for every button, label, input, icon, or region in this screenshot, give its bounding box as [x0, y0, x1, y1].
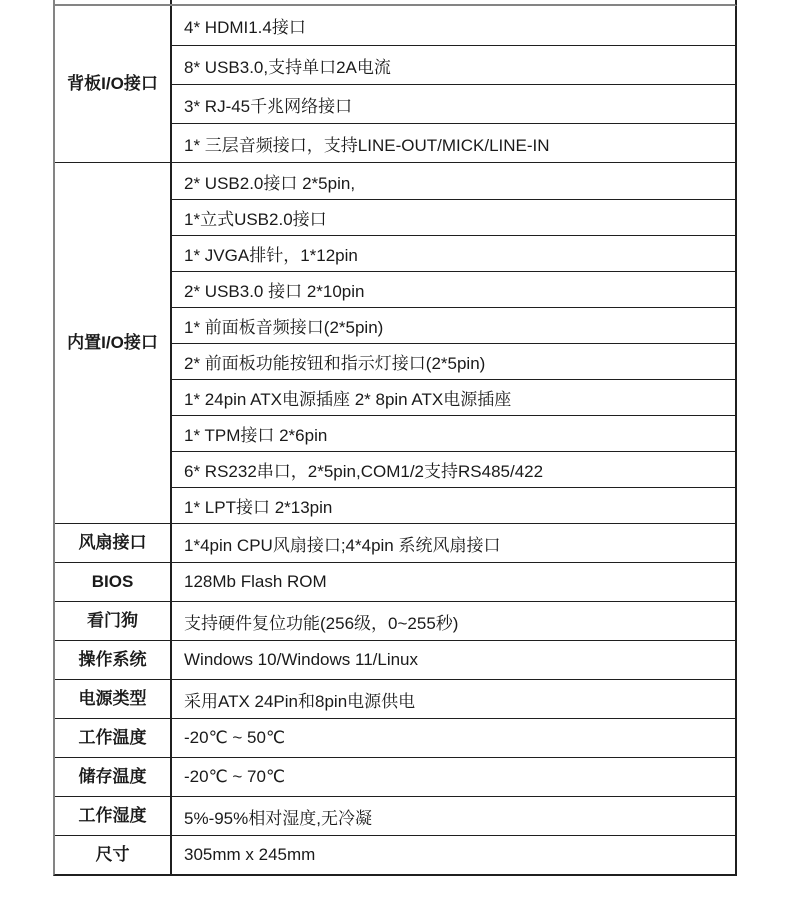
- spec-row-label: 看门狗: [55, 602, 172, 640]
- spec-table-body: 背板I/O接口4* HDMI1.4接口8* USB3.0,支持单口2A电流3* …: [53, 6, 737, 876]
- spec-row-value: 4* HDMI1.4接口: [172, 6, 735, 45]
- spec-row-label: 储存温度: [55, 758, 172, 796]
- spec-row-value: 1*立式USB2.0接口: [172, 199, 735, 235]
- spec-row-value: 1* TPM接口 2*6pin: [172, 415, 735, 451]
- spec-row-value: 2* 前面板功能按钮和指示灯接口(2*5pin): [172, 343, 735, 379]
- spec-row-value: 305mm x 245mm: [172, 836, 735, 874]
- spec-row-value: 1* LPT接口 2*13pin: [172, 487, 735, 523]
- spec-value-column: 支持硬件复位功能(256级，0~255秒): [172, 602, 735, 640]
- spec-section: 风扇接口1*4pin CPU风扇接口;4*4pin 系统风扇接口: [55, 524, 735, 563]
- spec-row-value: 3* RJ-45千兆网络接口: [172, 84, 735, 123]
- spec-table: 背板I/O接口4* HDMI1.4接口8* USB3.0,支持单口2A电流3* …: [53, 0, 737, 876]
- spec-row-label: 风扇接口: [55, 524, 172, 562]
- spec-row-label: 内置I/O接口: [55, 163, 172, 523]
- spec-row-value: 8* USB3.0,支持单口2A电流: [172, 45, 735, 84]
- spec-row-value: 1* 前面板音频接口(2*5pin): [172, 307, 735, 343]
- spec-section: 电源类型采用ATX 24Pin和8pin电源供电: [55, 680, 735, 719]
- spec-value-column: -20℃ ~ 50℃: [172, 719, 735, 757]
- spec-value-column: 2* USB2.0接口 2*5pin,1*立式USB2.0接口1* JVGA排针…: [172, 163, 735, 523]
- spec-row-value: 2* USB3.0 接口 2*10pin: [172, 271, 735, 307]
- spec-value-column: 1*4pin CPU风扇接口;4*4pin 系统风扇接口: [172, 524, 735, 562]
- previous-row-value-fragment: [172, 0, 735, 4]
- spec-value-column: Windows 10/Windows 11/Linux: [172, 641, 735, 679]
- spec-row-value: 1* 三层音频接口，支持LINE-OUT/MICK/LINE-IN: [172, 123, 735, 162]
- spec-row-value: 支持硬件复位功能(256级，0~255秒): [172, 602, 735, 640]
- spec-row-value: 1* JVGA排针，1*12pin: [172, 235, 735, 271]
- spec-value-column: 128Mb Flash ROM: [172, 563, 735, 601]
- spec-row-label: 工作湿度: [55, 797, 172, 835]
- spec-row-label: 电源类型: [55, 680, 172, 718]
- spec-value-column: 5%-95%相对湿度,无冷凝: [172, 797, 735, 835]
- spec-row-value: -20℃ ~ 50℃: [172, 719, 735, 757]
- spec-section: 看门狗支持硬件复位功能(256级，0~255秒): [55, 602, 735, 641]
- spec-row-label: 尺寸: [55, 836, 172, 874]
- spec-section: 操作系统Windows 10/Windows 11/Linux: [55, 641, 735, 680]
- spec-row-value: Windows 10/Windows 11/Linux: [172, 641, 735, 679]
- spec-section: 尺寸305mm x 245mm: [55, 836, 735, 874]
- spec-row-label: 操作系统: [55, 641, 172, 679]
- spec-section: 工作湿度5%-95%相对湿度,无冷凝: [55, 797, 735, 836]
- spec-value-column: 305mm x 245mm: [172, 836, 735, 874]
- spec-row-value: 2* USB2.0接口 2*5pin,: [172, 163, 735, 199]
- previous-row-label-fragment: [55, 0, 172, 4]
- spec-row-label: 背板I/O接口: [55, 6, 172, 162]
- spec-row-value: 1* 24pin ATX电源插座 2* 8pin ATX电源插座: [172, 379, 735, 415]
- spec-section: BIOS128Mb Flash ROM: [55, 563, 735, 602]
- spec-value-column: -20℃ ~ 70℃: [172, 758, 735, 796]
- spec-value-column: 采用ATX 24Pin和8pin电源供电: [172, 680, 735, 718]
- spec-section: 工作温度-20℃ ~ 50℃: [55, 719, 735, 758]
- spec-section: 背板I/O接口4* HDMI1.4接口8* USB3.0,支持单口2A电流3* …: [55, 6, 735, 163]
- spec-value-column: 4* HDMI1.4接口8* USB3.0,支持单口2A电流3* RJ-45千兆…: [172, 6, 735, 162]
- spec-row-value: 128Mb Flash ROM: [172, 563, 735, 601]
- spec-row-label: BIOS: [55, 563, 172, 601]
- page: 背板I/O接口4* HDMI1.4接口8* USB3.0,支持单口2A电流3* …: [0, 0, 790, 915]
- spec-section: 内置I/O接口2* USB2.0接口 2*5pin,1*立式USB2.0接口1*…: [55, 163, 735, 524]
- spec-row-value: -20℃ ~ 70℃: [172, 758, 735, 796]
- spec-row-value: 6* RS232串口，2*5pin,COM1/2支持RS485/422: [172, 451, 735, 487]
- spec-section: 储存温度-20℃ ~ 70℃: [55, 758, 735, 797]
- spec-row-value: 5%-95%相对湿度,无冷凝: [172, 797, 735, 835]
- spec-row-value: 采用ATX 24Pin和8pin电源供电: [172, 680, 735, 718]
- spec-row-value: 1*4pin CPU风扇接口;4*4pin 系统风扇接口: [172, 524, 735, 562]
- spec-row-label: 工作温度: [55, 719, 172, 757]
